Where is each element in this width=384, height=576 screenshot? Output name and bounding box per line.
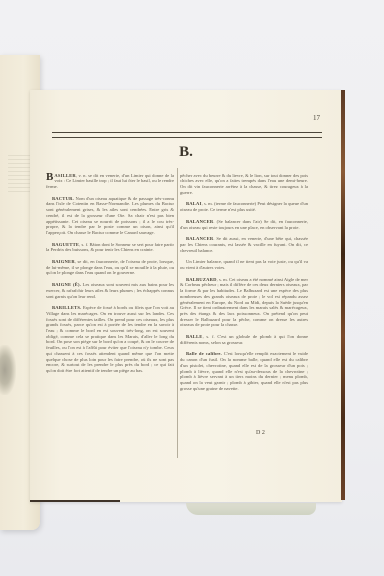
headword: BALANCER xyxy=(186,219,213,224)
entry: BAGUETTE, s. f. Bâton dont le Sonneur se… xyxy=(46,242,174,253)
entry-text: , s. m. Cet oiseau a été nommé ainsi Aig… xyxy=(180,277,308,328)
headword: BARILLETS. xyxy=(52,305,81,310)
entry: BALANCER. Se dit aussi, en venerie, d'un… xyxy=(180,236,308,253)
headword: BAGUETTE xyxy=(52,242,79,247)
headword: BAIGNER xyxy=(52,259,75,264)
book-spine-edge xyxy=(341,90,345,500)
entry: Un Limier balance, quand il ne tient pas… xyxy=(180,259,308,270)
entry-text: C'est lorsqu'elle remplit exactement le … xyxy=(180,351,308,390)
left-page-text-fragment xyxy=(8,155,30,195)
entry: pêcher avec du beurre & du lievre, & le … xyxy=(180,173,308,196)
entry: BALAI, s. m. (terme de fauconnerie) Peut… xyxy=(180,201,308,212)
headword: BAIGNE (Ê). xyxy=(52,282,81,287)
headword: ASILLER xyxy=(54,173,76,178)
headword: BALBUZARD xyxy=(186,277,217,282)
entry: BASILLER, v. n. se dit en venerie, d'un … xyxy=(46,173,174,190)
entry: BALANCER. (Se balancer dans l'air) Se di… xyxy=(180,219,308,230)
entry-text: pêcher avec du beurre & du lievre, & le … xyxy=(180,173,308,195)
column-divider xyxy=(177,168,178,458)
entry-text: Un Limier balance, quand il ne tient pas… xyxy=(180,259,308,270)
dropcap: B xyxy=(46,173,53,182)
signature-mark: D 2 xyxy=(256,430,265,436)
header-rule xyxy=(52,132,322,138)
entry: Balle de calibre. C'est lorsqu'elle remp… xyxy=(180,351,308,391)
entry: BARILLETS. Espèce de fossé à bords ou fi… xyxy=(46,305,174,373)
headword: Balle de calibre. xyxy=(186,351,222,356)
headword: BALAI xyxy=(186,201,202,206)
entry-text: Espèce de fossé à bords ou filets que l'… xyxy=(46,305,174,373)
section-heading: B. xyxy=(30,144,342,161)
page-number: 17 xyxy=(313,114,320,122)
page-tab xyxy=(186,503,316,515)
left-column: BASILLER, v. n. se dit en venerie, d'un … xyxy=(46,168,174,380)
entry: BALBUZARD, s. m. Cet oiseau a été nommé … xyxy=(180,277,308,328)
headword: BALLE xyxy=(186,334,203,339)
entry-text: Nom d'un oiseau aquatique & de passage t… xyxy=(46,196,174,235)
left-page-ornament-icon xyxy=(0,345,16,395)
entry: BAIGNER, se dit, en fauconnerie, de l'oi… xyxy=(46,259,174,276)
entry: BALLE, s. f. C'est un globule de plomb à… xyxy=(180,334,308,345)
book-page: 17 B. BASILLER, v. n. se dit en venerie,… xyxy=(30,90,342,502)
page-edge xyxy=(30,500,120,502)
entry: BACTUR. Nom d'un oiseau aquatique & de p… xyxy=(46,196,174,236)
headword: BALANCER xyxy=(186,236,213,241)
entry: BAIGNE (Ê). Les oiseaux sont souvent mis… xyxy=(46,282,174,299)
right-column: pêcher avec du beurre & du lievre, & le … xyxy=(180,168,308,397)
headword: BACTUR. xyxy=(52,196,74,201)
